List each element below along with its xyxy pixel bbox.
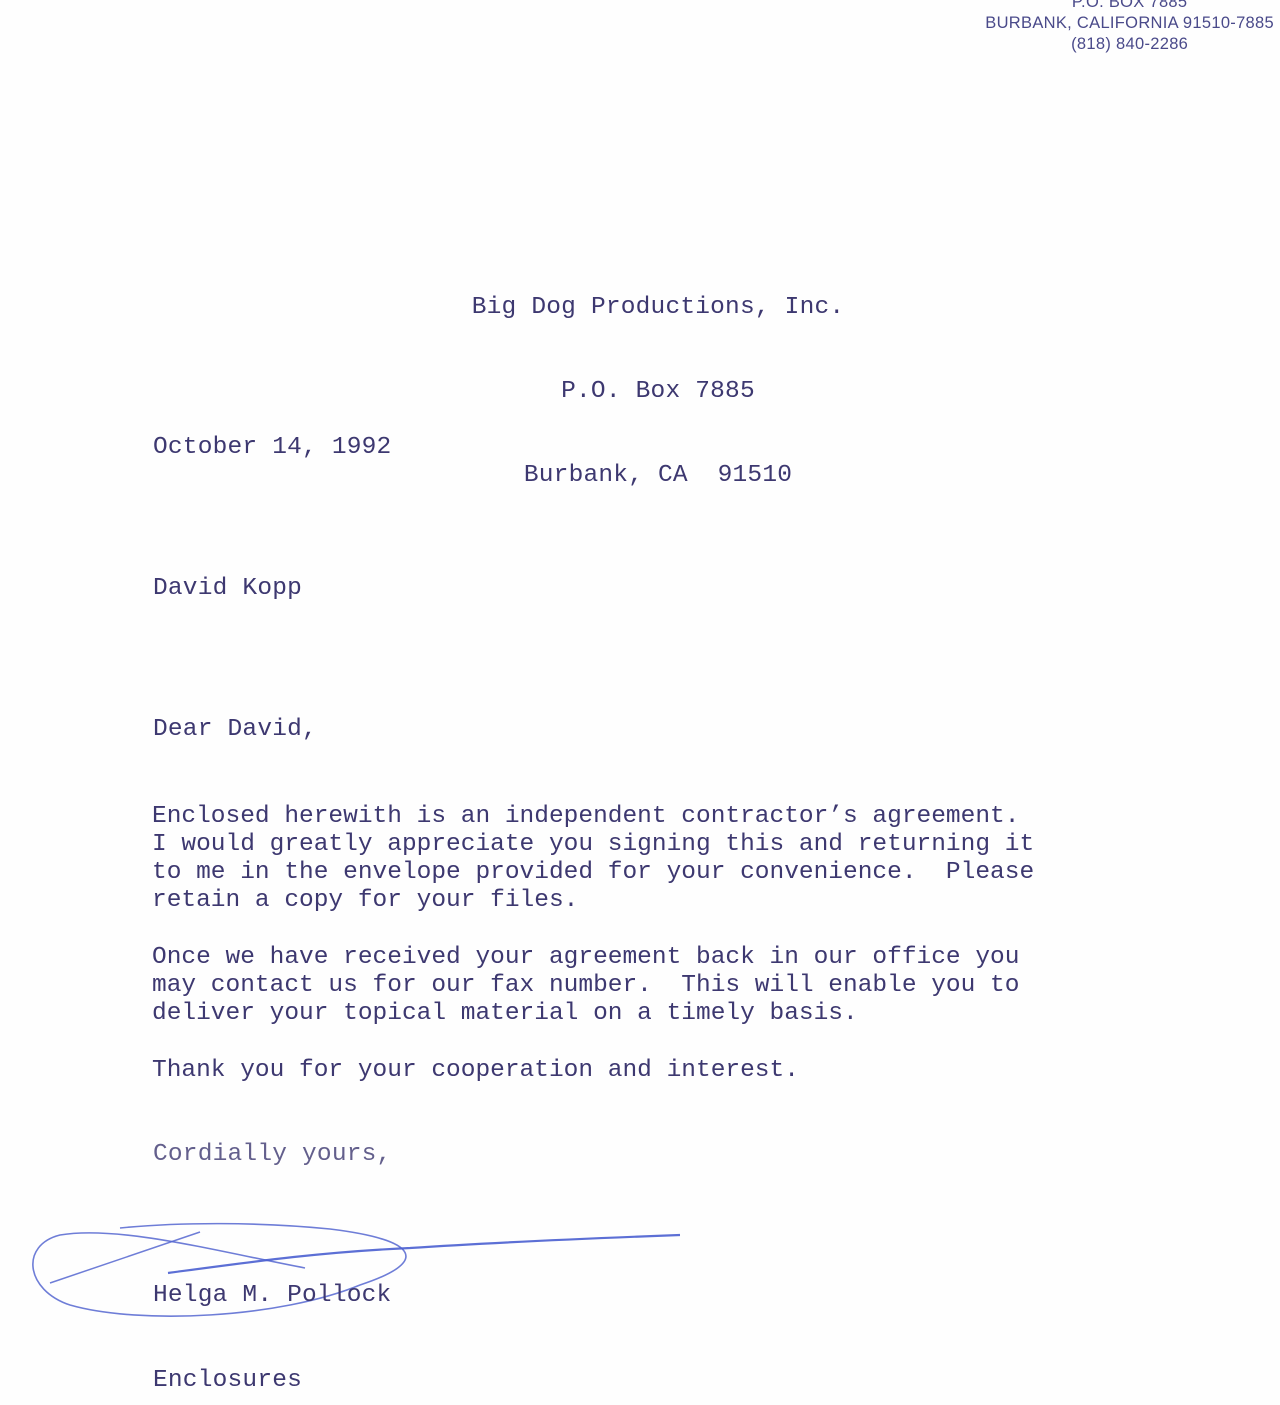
sender-po-box: P.O. Box 7885 xyxy=(0,378,1280,406)
letterhead-city: BURBANK, CALIFORNIA 91510-7885 xyxy=(985,13,1274,34)
closing: Cordially yours, xyxy=(153,1141,391,1168)
salutation: Dear David, xyxy=(153,716,317,743)
paragraph-thanks: Thank you for your cooperation and inter… xyxy=(152,1057,799,1085)
letterhead-po-box: P.O. BOX 7885 xyxy=(985,0,1274,13)
sender-address-block: Big Dog Productions, Inc. P.O. Box 7885 … xyxy=(0,238,1280,518)
paragraph-fax: Once we have received your agreement bac… xyxy=(152,944,1019,1028)
letter-date: October 14, 1992 xyxy=(153,434,391,461)
enclosures-note: Enclosures xyxy=(153,1367,302,1394)
letterhead-phone: (818) 840-2286 xyxy=(985,34,1274,55)
paragraph-agreement: Enclosed herewith is an independent cont… xyxy=(152,803,1034,915)
sender-city-state-zip: Burbank, CA 91510 xyxy=(0,462,1280,490)
signature-icon xyxy=(0,1200,700,1340)
recipient-name: David Kopp xyxy=(153,575,302,602)
letterhead: P.O. BOX 7885 BURBANK, CALIFORNIA 91510-… xyxy=(985,0,1274,55)
sender-company: Big Dog Productions, Inc. xyxy=(0,294,1280,322)
signer-name: Helga M. Pollock xyxy=(153,1282,391,1309)
